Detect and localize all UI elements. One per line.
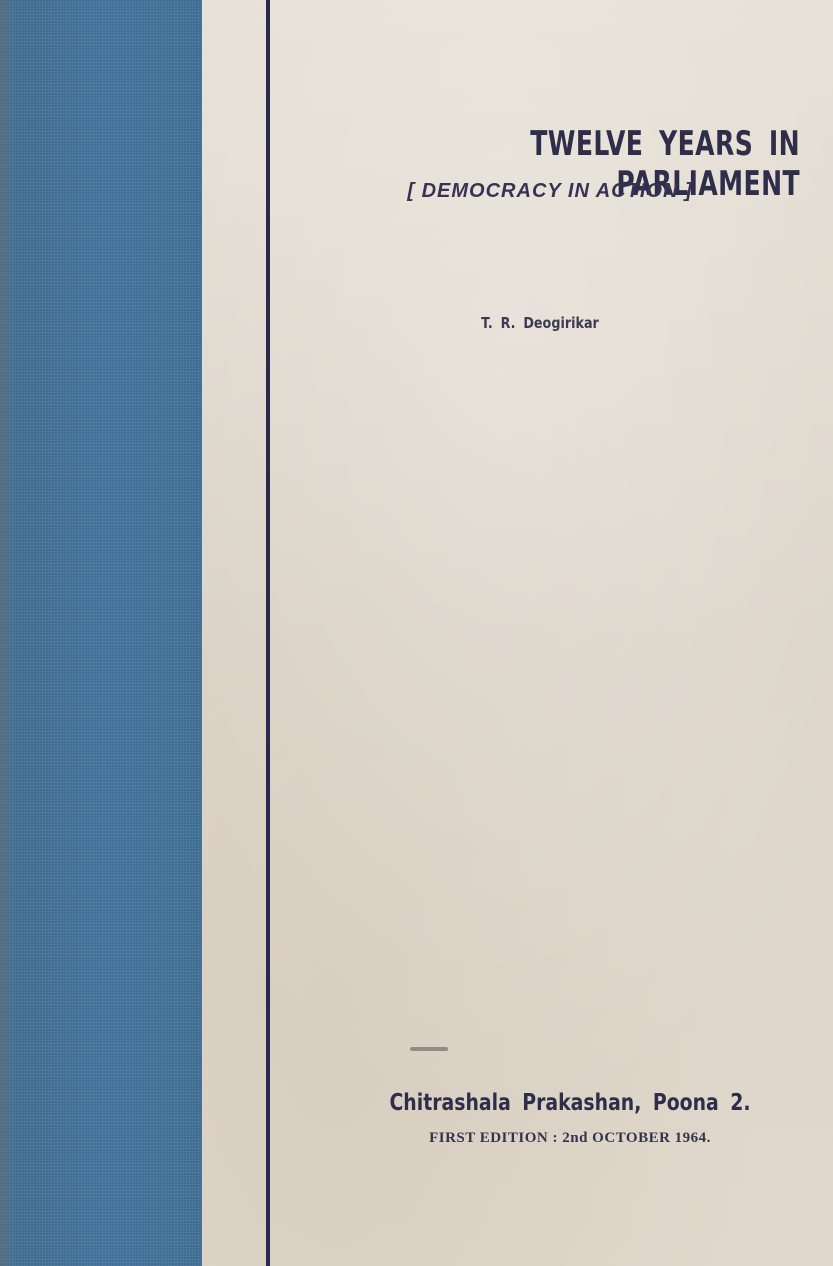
book-subtitle: [ DEMOCRACY IN ACTION ] — [360, 180, 740, 203]
edition-line: FIRST EDITION : 2nd OCTOBER 1964. — [360, 1130, 780, 1147]
book-author: T. R. Deogirikar — [455, 314, 625, 332]
spine-edge-shadow — [0, 0, 14, 1266]
ink-smudge — [410, 1047, 448, 1051]
publisher-name: Chitrashala Prakashan, Poona 2. — [373, 1090, 767, 1116]
cloth-spine — [0, 0, 202, 1266]
vertical-rule — [266, 0, 270, 1266]
book-cover: TWELVE YEARS IN PARLIAMENT [ DEMOCRACY I… — [0, 0, 833, 1266]
